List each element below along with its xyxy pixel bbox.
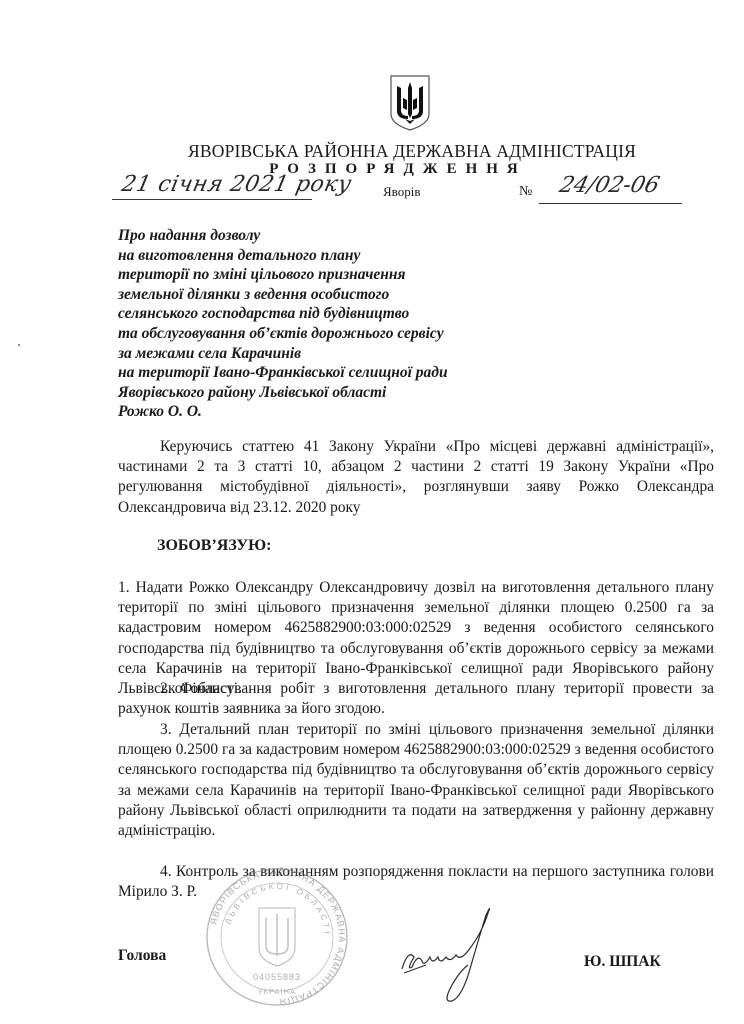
date-underline (112, 199, 312, 200)
subject-line: на виготовлення детального плану (118, 246, 448, 266)
subject-line: Про надання дозволу (118, 226, 448, 246)
subject-line: Рожко О. О. (118, 402, 448, 422)
signer-name: Ю. ШПАК (584, 953, 661, 971)
stamp-country: УКРАЇНА (258, 987, 296, 996)
subject-line: на території Івано-Франківської селищної… (118, 363, 448, 383)
stamp-code: 04055883 (253, 972, 301, 982)
organization-title: ЯВОРІВСЬКА РАЙОННА ДЕРЖАВНА АДМІНІСТРАЦІ… (0, 141, 744, 162)
document-number-handwritten: 24/02-06 (557, 173, 662, 198)
coat-of-arms-icon (388, 74, 432, 132)
document-date-handwritten: 21 січня 2021 року (119, 172, 354, 197)
subject-line: земельної ділянки з ведення особистого (118, 285, 448, 305)
subject-line: за межами села Карачинів (118, 344, 448, 364)
document-subject: Про надання дозволу на виготовлення дета… (118, 226, 448, 422)
order-item-3: 3. Детальний план території по зміні ціл… (118, 720, 714, 841)
order-item-2: 2. Фінансування робіт з виготовлення дет… (118, 679, 714, 719)
obligate-heading: ЗОБОВ’ЯЗУЮ: (157, 537, 272, 555)
subject-line: Яворівського району Львівської області (118, 383, 448, 403)
subject-line: території по зміні цільового призначення (118, 265, 448, 285)
official-stamp: ЯВОРІВСЬКА РАЙОННА ДЕРЖАВНА АДМІНІСТРАЦІ… (204, 866, 350, 1008)
subject-line: селянського господарства під будівництво (118, 304, 448, 324)
number-underline (539, 203, 682, 204)
number-label: № (519, 184, 532, 200)
document-city: Яворів (383, 184, 420, 200)
subject-line: та обслуговування об’єктів дорожнього се… (118, 324, 448, 344)
scan-speck (18, 344, 20, 346)
preamble-paragraph: Керуючись статтею 41 Закону України «Про… (118, 437, 714, 518)
handwritten-signature (398, 905, 508, 1005)
signer-position: Голова (118, 947, 166, 965)
